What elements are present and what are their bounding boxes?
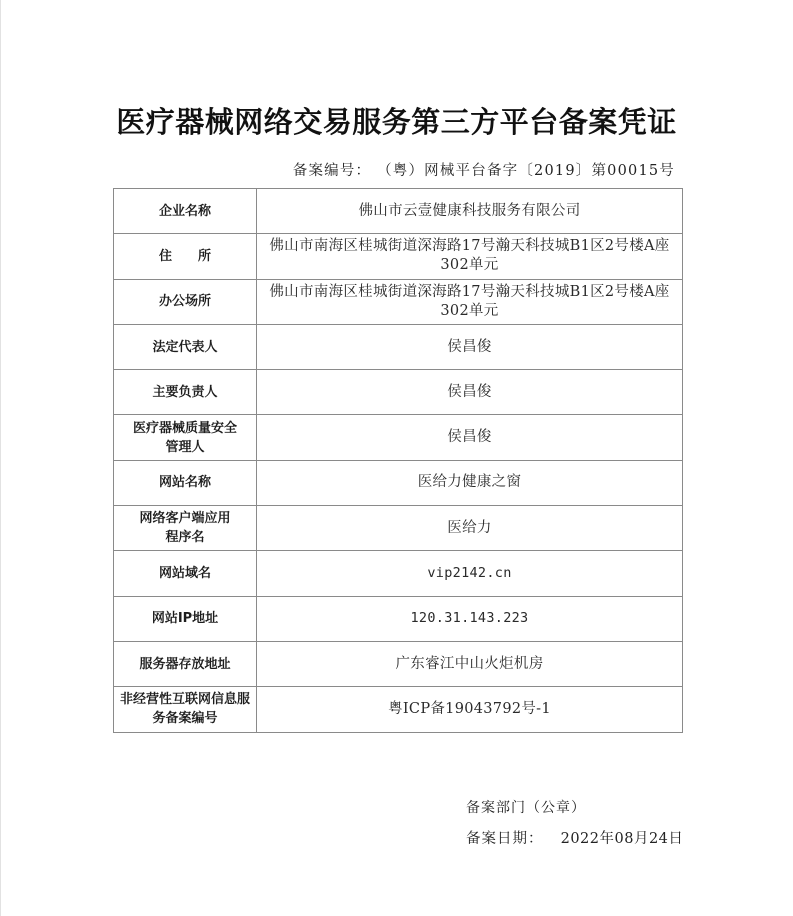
row-label: 住 所 — [114, 234, 257, 279]
table-row-principal: 主要负责人 侯昌俊 — [114, 370, 683, 415]
document-title: 医疗器械网络交易服务第三方平台备案凭证 — [0, 100, 793, 144]
table-row-legal-representative: 法定代表人 侯昌俊 — [114, 324, 683, 369]
table-row-quality-manager: 医疗器械质量安全管理人 侯昌俊 — [114, 415, 683, 460]
table-row-server-location: 服务器存放地址 广东睿江中山火炬机房 — [114, 641, 683, 686]
row-label: 医疗器械质量安全管理人 — [114, 415, 257, 460]
row-label: 企业名称 — [114, 189, 257, 234]
row-value: 侯昌俊 — [257, 324, 683, 369]
record-date: 备案日期： 2022年08月24日 — [466, 827, 683, 848]
row-value: 侯昌俊 — [257, 370, 683, 415]
row-label: 法定代表人 — [114, 324, 257, 369]
record-date-value: 2022年08月24日 — [561, 831, 684, 847]
table-row-icp-record: 非经营性互联网信息服务备案编号 粤ICP备19043792号-1 — [114, 687, 683, 732]
row-value: 医给力 — [257, 506, 683, 551]
row-label: 网络客户端应用程序名 — [114, 506, 257, 551]
record-date-label: 备案日期： — [466, 831, 544, 847]
row-value: 侯昌俊 — [257, 415, 683, 460]
table-row-app-name: 网络客户端应用程序名 医给力 — [114, 506, 683, 551]
row-value: 广东睿江中山火炬机房 — [257, 641, 683, 686]
row-label: 网站域名 — [114, 551, 257, 596]
table-row-website-name: 网站名称 医给力健康之窗 — [114, 460, 683, 505]
table-row-office-address: 办公场所 佛山市南海区桂城街道深海路17号瀚天科技城B1区2号楼A座302单元 — [114, 279, 683, 324]
table-row-company-name: 企业名称 佛山市云壹健康科技服务有限公司 — [114, 189, 683, 234]
record-department: 备案部门（公章） — [466, 797, 586, 817]
row-value: 120.31.143.223 — [257, 596, 683, 641]
table-row-ip-address: 网站IP地址 120.31.143.223 — [114, 596, 683, 641]
row-label: 服务器存放地址 — [114, 641, 257, 686]
row-label: 办公场所 — [114, 279, 257, 324]
row-label: 非经营性互联网信息服务备案编号 — [114, 687, 257, 732]
table-row-domain: 网站域名 vip2142.cn — [114, 551, 683, 596]
record-number-value: （粤）网械平台备字〔2019〕第00015号 — [377, 163, 675, 179]
row-label: 网站名称 — [114, 460, 257, 505]
record-number: 备案编号： （粤）网械平台备字〔2019〕第00015号 — [293, 160, 675, 182]
row-label: 网站IP地址 — [114, 596, 257, 641]
row-value: 佛山市南海区桂城街道深海路17号瀚天科技城B1区2号楼A座302单元 — [257, 279, 683, 324]
row-value: 粤ICP备19043792号-1 — [257, 687, 683, 732]
row-value: 佛山市南海区桂城街道深海路17号瀚天科技城B1区2号楼A座302单元 — [257, 234, 683, 279]
row-value: vip2142.cn — [257, 551, 683, 596]
row-value: 佛山市云壹健康科技服务有限公司 — [257, 189, 683, 234]
row-value: 医给力健康之窗 — [257, 460, 683, 505]
record-table: 企业名称 佛山市云壹健康科技服务有限公司 住 所 佛山市南海区桂城街道深海路17… — [113, 188, 683, 733]
row-label: 主要负责人 — [114, 370, 257, 415]
record-number-label: 备案编号： — [293, 163, 372, 179]
table-row-domicile: 住 所 佛山市南海区桂城街道深海路17号瀚天科技城B1区2号楼A座302单元 — [114, 234, 683, 279]
